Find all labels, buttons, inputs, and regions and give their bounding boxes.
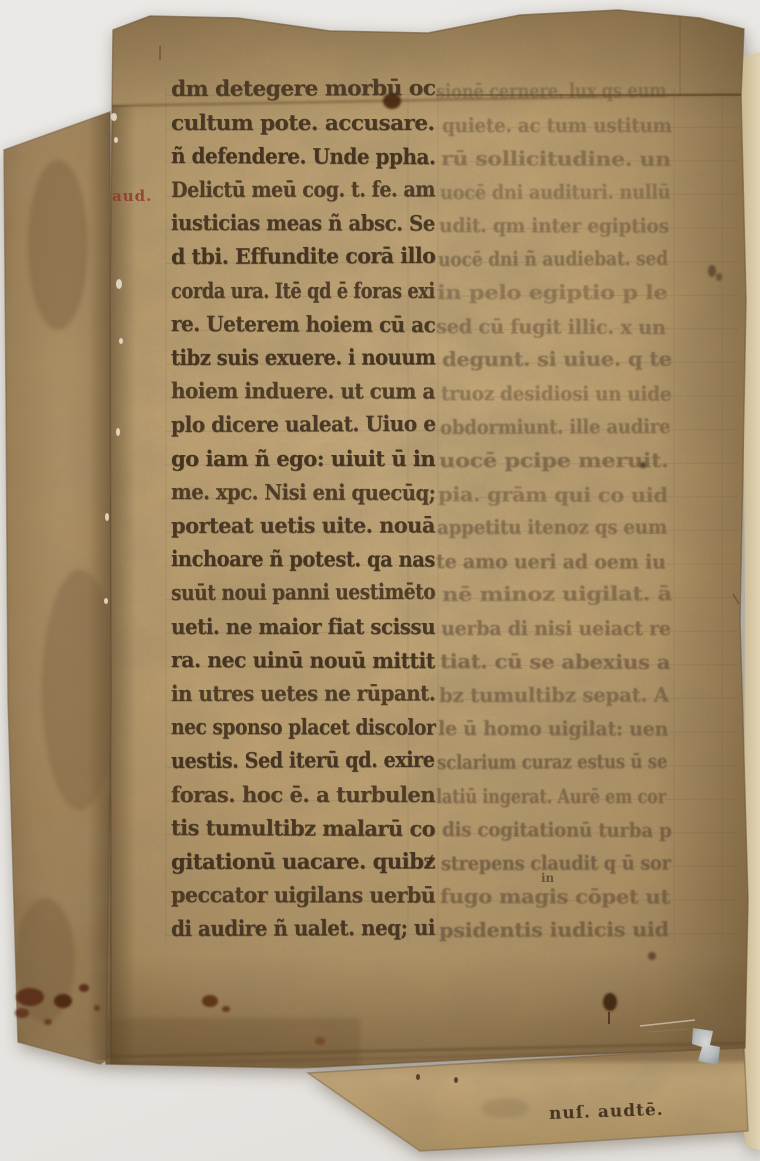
manuscript-line: quiete. ac tum ustitum — [442, 113, 672, 137]
manuscript-line: uocē pcipe meruit. — [439, 448, 669, 472]
manuscript-line: d tbi. Effundite corā illo — [171, 243, 435, 269]
text-column-left: dm detegere morbū occultum pote. accusar… — [171, 76, 439, 956]
manuscript-line: plo dicere ualeat. Uiuo e — [171, 411, 436, 437]
manuscript-line: udit. qm inter egiptios — [439, 213, 669, 238]
manuscript-line: gitationū uacare. quibz — [171, 848, 435, 874]
manuscript-line: appetitu itenoz qs eum — [437, 515, 667, 540]
manuscript-line: bz tumultibz sepat. A — [439, 682, 669, 706]
manuscript-line: in utres uetes ne rūpant. — [171, 680, 435, 706]
manuscript-line: ra. nec uinū nouū mittit — [171, 647, 435, 673]
manuscript-line: uocē dni ñ audiebat. sed — [438, 246, 668, 271]
manuscript-line: rū sollicitudine. un — [441, 146, 671, 171]
manuscript-line: peccator uigilans uerbū — [171, 882, 435, 908]
manuscript-line: ñ defendere. Unde ppha. — [171, 143, 436, 169]
manuscript-line: te amo ueri ad oem iu — [436, 549, 666, 574]
manuscript-line: truoz desidiosi un uide — [441, 381, 671, 406]
manuscript-line: latiū ingerat. Aurē em cor — [436, 784, 666, 808]
manuscript-line: obdormiunt. ille audire — [440, 413, 670, 438]
manuscript-line: go iam ñ ego: uiuit ū in — [171, 446, 435, 471]
manuscript-line: sclarium curaz estus ū se — [437, 749, 667, 774]
manuscript-line: uestis. Sed iterū qd. exire — [171, 747, 435, 773]
manuscript-line: tibz suis exuere. i nouum — [171, 344, 435, 370]
manuscript-text: aud. dm detegere morbū occultum pote. ac… — [0, 0, 760, 1161]
manuscript-line: sionē cernere. lux qs eum — [436, 78, 666, 103]
manuscript-line: pia. grām qui co uid — [438, 482, 668, 507]
manuscript-line: di audire ñ ualet. neq; ui — [171, 915, 435, 941]
manuscript-line: me. xpc. Nisi eni quecūq; — [171, 479, 436, 505]
manuscript-line: hoiem induere. ut cum a — [171, 378, 435, 404]
manuscript-line: nec sponso placet discolor — [171, 714, 435, 740]
bottom-inscription: nuſ. audtē. — [549, 1100, 664, 1124]
manuscript-line: dis cogitationū turba p — [442, 817, 672, 842]
manuscript-line: corda ura. Itē qd ē foras exi — [171, 278, 435, 303]
manuscript-line: in pelo egiptio p le — [437, 280, 667, 304]
manuscript-line: sed cū fugit illic. x un — [436, 314, 666, 339]
manuscript-line: psidentis iudicis uid — [439, 917, 669, 942]
manuscript-line: tis tumultibz malarū co — [171, 815, 435, 841]
manuscript-line: inchoare ñ potest. qa nas — [171, 546, 435, 572]
manuscript-line: iusticias meas ñ absc. Se — [171, 210, 435, 236]
manuscript-line: degunt. si uiue. q te — [442, 347, 672, 371]
manuscript-line: Delictū meū cog. t. fe. am — [171, 176, 435, 202]
interlinear-gloss: in — [541, 871, 554, 885]
text-column-right: sionē cernere. lux qs eumquiete. ac tum … — [439, 79, 679, 959]
manuscript-line: uocē dni audituri. nullū — [440, 179, 670, 204]
manuscript-line: fugo magis cōpet ut — [440, 884, 670, 908]
manuscript-line: suūt noui panni uestimēto — [171, 579, 435, 605]
manuscript-line: tiat. cū se abexius a — [440, 649, 670, 674]
manuscript-line: cultum pote. accusare. — [171, 110, 434, 135]
manuscript-line: porteat uetis uite. nouā — [171, 512, 435, 538]
manuscript-line: strepens claudit q ū sor — [441, 850, 671, 875]
manuscript-photo-stage: aud. dm detegere morbū occultum pote. ac… — [0, 0, 760, 1161]
manuscript-line: uerba di nisi ueiact re — [441, 616, 671, 640]
manuscript-line: re. Ueterem hoiem cū ac — [171, 311, 435, 337]
marginal-rubric: aud. — [112, 187, 152, 205]
manuscript-line: nē minoz uigilat. ā — [442, 581, 672, 606]
manuscript-line: dm detegere morbū oc — [171, 75, 436, 101]
manuscript-line: foras. hoc ē. a turbulen — [171, 782, 435, 807]
manuscript-line: le ū homo uigilat: uen — [438, 716, 668, 741]
manuscript-line: ueti. ne maior fiat scissu — [171, 614, 435, 639]
